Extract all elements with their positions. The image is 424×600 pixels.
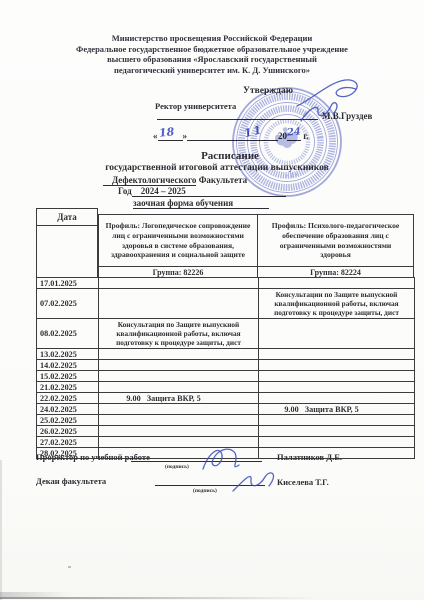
date-cell: 17.01.2025 — [37, 278, 99, 289]
table-header-profile1: Профиль: Логопедическое сопровождение ли… — [98, 214, 258, 267]
org-header-line-4: педагогический университет им. К. Д. Уши… — [0, 65, 424, 76]
date-cell: 21.02.2025 — [37, 382, 99, 393]
table-row: 27.02.2025 — [37, 437, 415, 448]
table-row: 07.02.2025Консультации по Защите выпускн… — [37, 289, 415, 319]
table-row: 17.01.2025 — [37, 278, 415, 289]
event-cell — [99, 382, 259, 393]
faculty-name: Дефектологического — [112, 175, 196, 185]
table-row: 21.02.2025 — [37, 382, 415, 393]
event-cell — [259, 415, 415, 426]
date-cell: 08.02.2025 — [37, 319, 99, 349]
event-cell — [259, 319, 415, 349]
date-cell: 14.02.2025 — [37, 360, 99, 371]
event-cell — [99, 371, 259, 382]
event-cell — [99, 360, 259, 371]
event-cell — [259, 349, 415, 360]
date-cell: 25.02.2025 — [37, 415, 99, 426]
dean-name: Киселева Т.Г. — [277, 477, 329, 487]
org-header-line-2: Федеральное государственное бюджетное об… — [0, 44, 424, 55]
date-cell: 07.02.2025 — [37, 289, 99, 319]
year-label: Год — [118, 186, 132, 196]
event-cell — [259, 278, 415, 289]
prorector-name: Палатников Д.Е. — [277, 452, 342, 462]
scanned-schedule-document: Министерство просвещения Российской Феде… — [0, 0, 424, 600]
event-cell — [99, 415, 259, 426]
dean-signature-line — [155, 476, 265, 486]
date-cell: 26.02.2025 — [37, 426, 99, 437]
scan-corner-smudge — [0, 592, 70, 598]
table-header-profile2: Профиль: Психолого-педагогическое обеспе… — [257, 214, 414, 267]
document-title: Расписание — [18, 150, 424, 162]
faculty-line: Дефектологического Факультета — [103, 175, 247, 186]
event-cell — [259, 437, 415, 448]
scan-speck — [68, 566, 71, 568]
schedule-table: 17.01.202507.02.2025Консультации по Защи… — [36, 277, 415, 459]
official-round-stamp-icon: + 2 + — [228, 83, 346, 201]
table-row: 26.02.2025 — [37, 426, 415, 437]
handwritten-day: 18 — [158, 125, 175, 140]
study-form: заочная форма обучения — [133, 198, 233, 208]
prorector-signature-line — [131, 452, 262, 462]
event-cell: 9.00 Защита ВКР, 5 — [259, 404, 415, 415]
date-cell: 13.02.2025 — [37, 349, 99, 360]
date-cell: 27.02.2025 — [37, 437, 99, 448]
event-cell: Консультация по Защите выпускной квалифи… — [99, 319, 259, 349]
event-cell: Консультации по Защите выпускной квалифи… — [259, 289, 415, 319]
table-row: 14.02.2025 — [37, 360, 415, 371]
table-row: 13.02.2025 — [37, 349, 415, 360]
table-row: 24.02.20259.00 Защита ВКР, 5 — [37, 404, 415, 415]
table-row: 08.02.2025Консультация по Защите выпускн… — [37, 319, 415, 349]
event-cell — [99, 404, 259, 415]
date-cell: 24.02.2025 — [37, 404, 99, 415]
event-cell — [99, 349, 259, 360]
event-cell — [259, 393, 415, 404]
event-cell — [259, 360, 415, 371]
document-subtitle: государственной итоговой аттестации выпу… — [0, 163, 424, 173]
dean-label: Декан факультета — [36, 476, 106, 486]
signature-caption-2: (подпись) — [193, 488, 217, 494]
schedule-body: 17.01.202507.02.2025Консультации по Защи… — [37, 278, 415, 459]
table-row: 22.02.20259.00 Защита ВКР, 5 — [37, 393, 415, 404]
event-cell — [99, 437, 259, 448]
date-cell: 22.02.2025 — [37, 393, 99, 404]
org-header-line-3: высшего образования «Ярославский государ… — [0, 54, 424, 65]
event-cell — [259, 371, 415, 382]
table-header-date: Дата — [36, 208, 98, 226]
event-cell: 9.00 Защита ВКР, 5 — [99, 393, 259, 404]
date-column-spacer — [36, 225, 98, 277]
event-cell — [99, 278, 259, 289]
org-header: Министерство просвещения Российской Феде… — [0, 33, 424, 75]
stamp-center-mark: + 2 + — [284, 171, 299, 180]
event-cell — [99, 426, 259, 437]
table-row: 25.02.2025 — [37, 415, 415, 426]
event-cell — [99, 289, 259, 319]
year-value: 2024 – 2025 — [141, 186, 186, 196]
org-header-line-1: Министерство просвещения Российской Феде… — [0, 33, 424, 44]
table-row: 15.02.2025 — [37, 371, 415, 382]
signature-caption-1: (подпись) — [165, 464, 189, 470]
scan-edge-left — [0, 460, 2, 600]
event-cell — [259, 382, 415, 393]
event-cell — [259, 426, 415, 437]
date-cell: 15.02.2025 — [37, 371, 99, 382]
